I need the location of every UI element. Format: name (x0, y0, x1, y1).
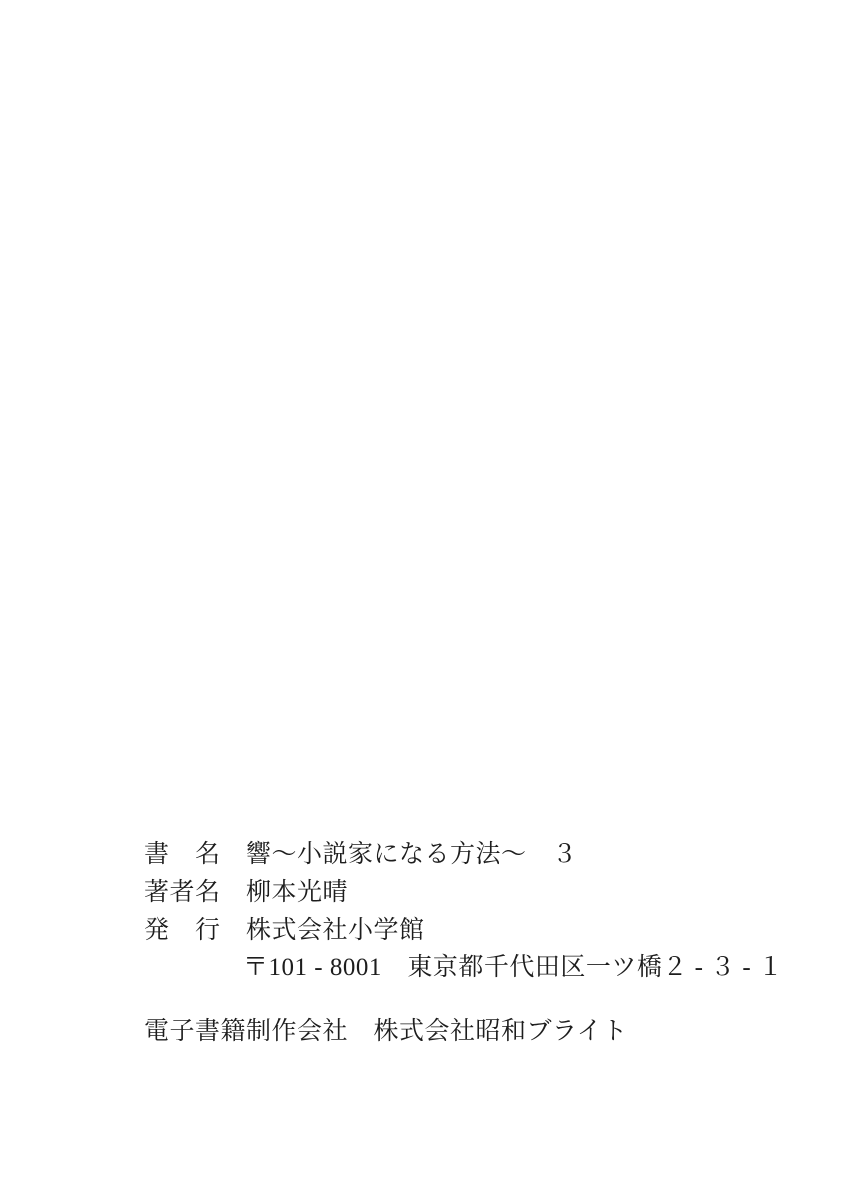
publisher-address-value: 〒101 - 8001 東京都千代田区一ツ橋２ - ３ - １ (243, 954, 783, 981)
production-company-value: 株式会社昭和ブライト (374, 1018, 628, 1045)
production-company-label: 電子書籍制作会社 (144, 1018, 374, 1045)
colophon-page: 書 名 響～小説家になる方法～ ３ 著者名 柳本光晴 発 行 株式会社小学館 〒… (0, 0, 847, 1200)
production-company-row: 電子書籍制作会社 株式会社昭和ブライト (117, 987, 628, 1077)
